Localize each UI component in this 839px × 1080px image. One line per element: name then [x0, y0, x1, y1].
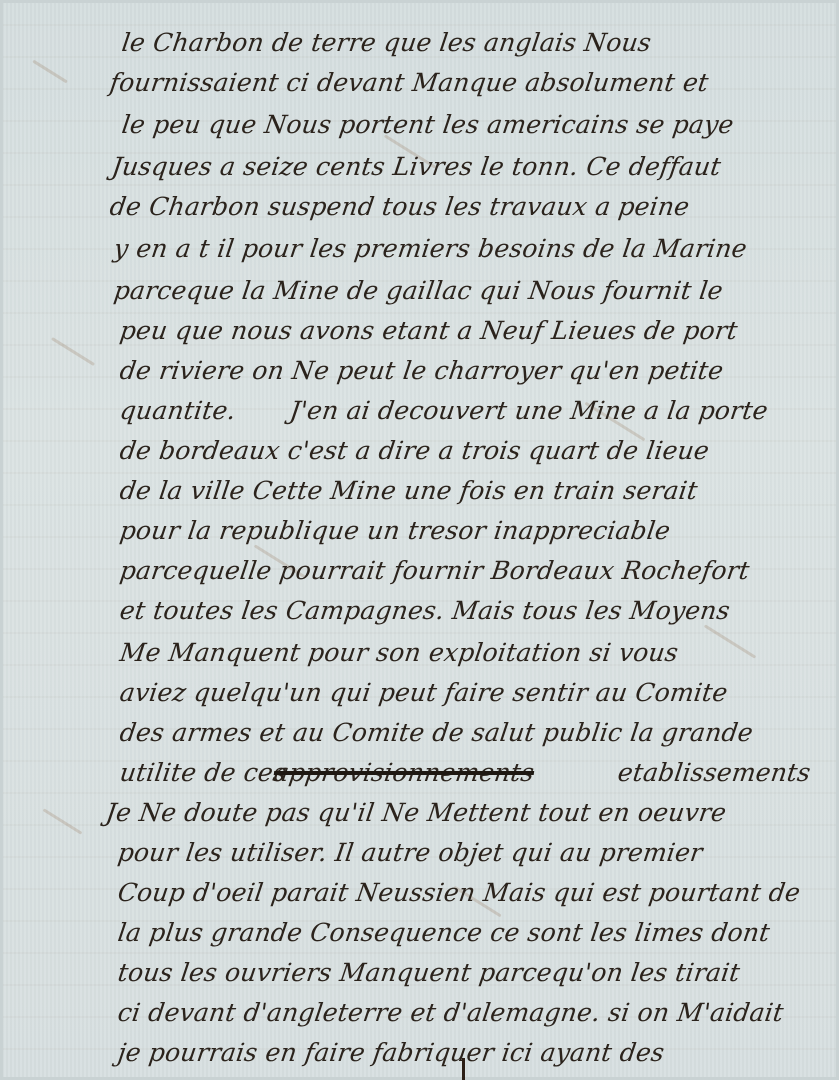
manuscript-line: parceque la Mine de gaillac qui Nous fou…	[112, 276, 725, 305]
manuscript-line: Je Ne doute pas qu'il Ne Mettent tout en…	[104, 798, 728, 827]
ink-mark	[462, 1058, 465, 1080]
manuscript-line: et toutes les Campagnes. Mais tous les M…	[118, 596, 732, 625]
manuscript-line: y en a t il pour les premiers besoins de…	[112, 234, 749, 263]
manuscript-line: de la ville Cette Mine une fois en train…	[118, 476, 699, 505]
manuscript-line: quantite.	[118, 396, 238, 425]
manuscript-line: parcequelle pourrait fournir Bordeaux Ro…	[118, 556, 751, 585]
ink-bleed-mark	[51, 337, 95, 366]
manuscript-line: Jusques a seize cents Livres le tonn. Ce…	[110, 152, 723, 181]
manuscript-line: peu que nous avons etant a Neuf Lieues d…	[118, 316, 739, 345]
manuscript-line: aviez quelqu'un qui peut faire sentir au…	[118, 678, 730, 707]
manuscript-line: ci devant d'angleterre et d'alemagne. si…	[116, 998, 785, 1027]
manuscript-line: des armes et au Comite de salut public l…	[118, 718, 755, 747]
manuscript-page: le Charbon de terre que les anglais Nous…	[0, 0, 839, 1080]
ink-bleed-mark	[32, 60, 68, 84]
manuscript-line: etablissements	[616, 758, 813, 787]
manuscript-line: de Charbon suspend tous les travaux a pe…	[108, 192, 691, 221]
manuscript-line: de bordeaux c'est a dire a trois quart d…	[118, 436, 711, 465]
manuscript-line: pour la republique un tresor inappreciab…	[118, 516, 672, 545]
manuscript-line: de riviere on Ne peut le charroyer qu'en…	[118, 356, 725, 385]
struck-through-word: approvisionnements	[272, 758, 536, 787]
manuscript-line: Me Manquent pour son exploitation si vou…	[118, 638, 680, 667]
manuscript-line: la plus grande Consequence ce sont les l…	[116, 918, 772, 947]
manuscript-line: fournissaient ci devant Manque absolumen…	[108, 68, 710, 97]
ink-bleed-mark	[43, 808, 83, 834]
manuscript-line: Coup d'oeil parait Neussien Mais qui est…	[116, 878, 802, 907]
manuscript-line: J'en ai decouvert une Mine a la porte	[288, 396, 770, 425]
manuscript-line: utilite de ces	[118, 758, 288, 787]
manuscript-line: pour les utiliser. Il autre objet qui au…	[116, 838, 705, 867]
ink-bleed-mark	[704, 624, 756, 658]
manuscript-line: je pourrais en faire fabriquer ici ayant…	[116, 1038, 666, 1067]
manuscript-line: le peu que Nous portent les americains s…	[120, 110, 736, 139]
manuscript-line: le Charbon de terre que les anglais Nous	[120, 28, 653, 57]
manuscript-line: tous les ouvriers Manquent parcequ'on le…	[116, 958, 742, 987]
